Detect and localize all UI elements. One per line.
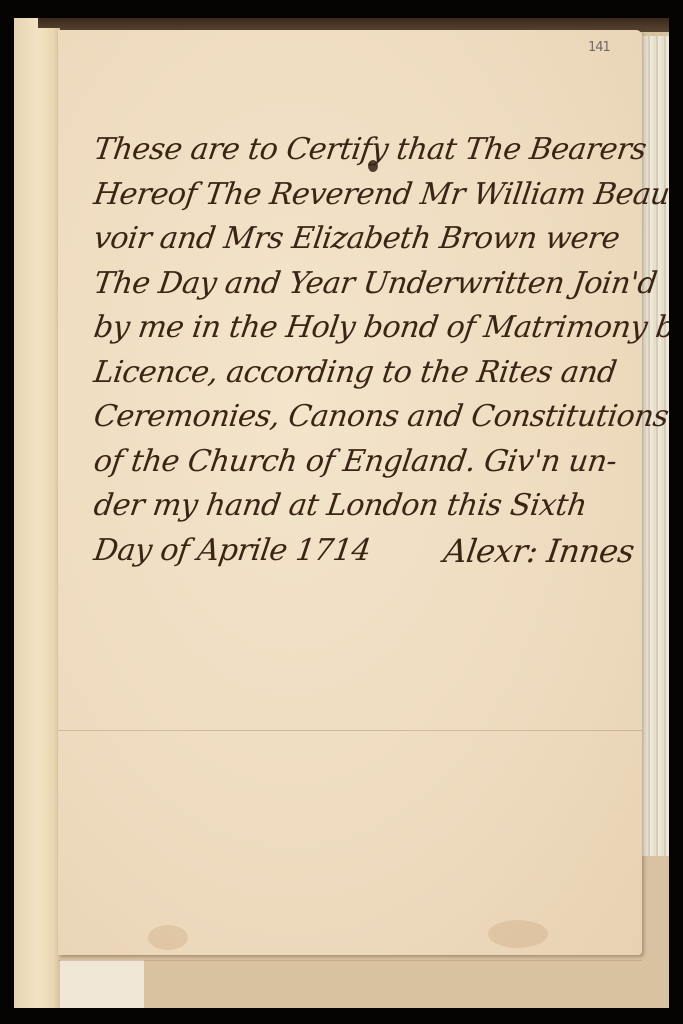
text-line: Ceremonies, Canons and Constitutions [91, 395, 657, 440]
fold-line [58, 730, 642, 731]
text-line: These are to Certify that The Bearers [91, 128, 657, 173]
text-line: by me in the Holy bond of Matrimony by [91, 306, 657, 351]
date-line: Day of Aprile 1714 [91, 529, 373, 574]
binding-gutter [38, 28, 60, 1008]
scan-frame: 141 These are to Certify that The Bearer… [14, 18, 669, 1008]
text-line: voir and Mrs Elizabeth Brown were [91, 217, 657, 262]
manuscript-page: 141 These are to Certify that The Bearer… [58, 30, 642, 955]
date-signature-row: Day of Aprile 1714 Alexr: Innes [94, 529, 634, 574]
foxing-stain [148, 925, 188, 950]
underlying-board [144, 960, 664, 1008]
text-line: der my hand at London this Sixth [91, 484, 657, 529]
folio-number: 141 [588, 40, 610, 55]
foxing-stain [488, 920, 548, 948]
text-line: of the Church of England. Giv'n un- [91, 440, 657, 485]
signature: Alexr: Innes [441, 529, 637, 574]
fold-line-bottom [58, 960, 642, 961]
handwritten-text: These are to Certify that The Bearers He… [94, 128, 654, 573]
binding-left-board [14, 18, 38, 1008]
text-line: Licence, according to the Rites and [91, 351, 657, 396]
text-line: The Day and Year Underwritten Join'd [91, 262, 657, 307]
underlying-page [60, 960, 150, 1008]
text-line: Hereof The Reverend Mr William Beau [91, 173, 657, 218]
